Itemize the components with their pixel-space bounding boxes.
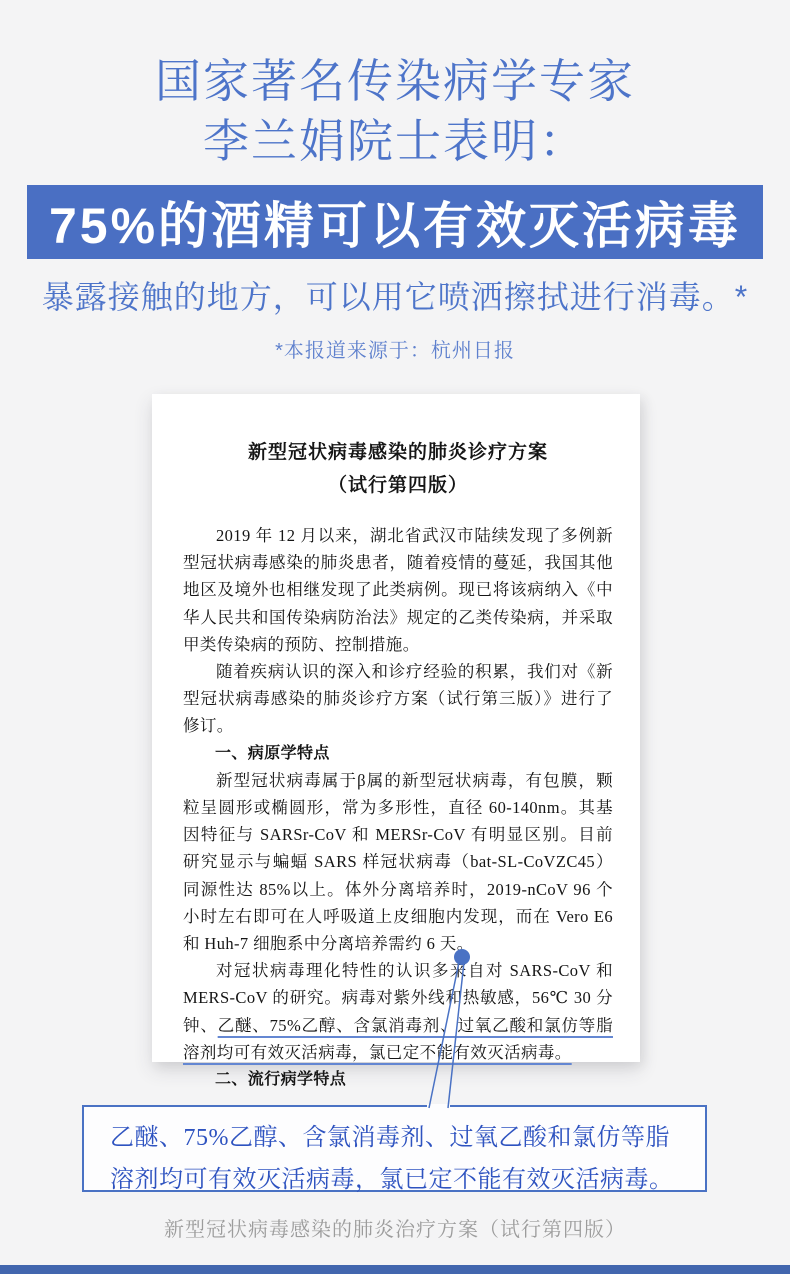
subtitle-text: 暴露接触的地方，可以用它喷洒擦拭进行消毒。*: [0, 276, 790, 318]
headline-line2: 李兰娟院士表明：: [0, 112, 790, 170]
document-body: 2019 年 12 月以来，湖北省武汉市陆续发现了多例新型冠状病毒感染的肺炎患者…: [183, 522, 613, 1093]
document-title-line2: （试行第四版）: [183, 469, 613, 502]
document-paragraph-3: 新型冠状病毒属于β属的新型冠状病毒，有包膜，颗粒呈圆形或椭圆形，常为多形性，直径…: [183, 767, 613, 957]
callout-text: 乙醚、75%乙醇、含氯消毒剂、过氧乙酸和氯仿等脂溶剂均可有效灭活病毒，氯已定不能…: [84, 1107, 705, 1201]
document-title: 新型冠状病毒感染的肺炎诊疗方案 （试行第四版）: [183, 436, 613, 502]
headline-line1: 国家著名传染病学专家: [0, 52, 790, 110]
paragraph-4-underlined-text: 乙醚、75%乙醇、含氯消毒剂、过氧乙酸和氯仿等脂溶剂均可有效灭活病毒，氯已定不能…: [183, 1016, 613, 1062]
source-note: *本报道来源于：杭州日报: [0, 334, 790, 363]
document-page: 新型冠状病毒感染的肺炎诊疗方案 （试行第四版） 2019 年 12 月以来，湖北…: [152, 394, 640, 1062]
promo-page: 国家著名传染病学专家 李兰娟院士表明： 75%的酒精可以有效灭活病毒 暴露接触的…: [0, 0, 790, 1274]
document-heading-1: 一、病原学特点: [183, 740, 613, 767]
document-heading-2: 二、流行病学特点: [183, 1066, 613, 1093]
banner-text: 75%的酒精可以有效灭活病毒: [49, 186, 741, 258]
document-title-line1: 新型冠状病毒感染的肺炎诊疗方案: [183, 436, 613, 469]
bottom-accent-bar: [0, 1265, 790, 1274]
highlight-banner: 75%的酒精可以有效灭活病毒: [27, 185, 763, 259]
footer-caption: 新型冠状病毒感染的肺炎治疗方案（试行第四版）: [0, 1213, 790, 1242]
document-paragraph-4: 对冠状病毒理化特性的认识多来自对 SARS-CoV 和 MERS-CoV 的研究…: [183, 957, 613, 1066]
document-paragraph-1: 2019 年 12 月以来，湖北省武汉市陆续发现了多例新型冠状病毒感染的肺炎患者…: [183, 522, 613, 658]
document-paragraph-2: 随着疾病认识的深入和诊疗经验的积累，我们对《新型冠状病毒感染的肺炎诊疗方案（试行…: [183, 658, 613, 740]
callout-box: 乙醚、75%乙醇、含氯消毒剂、过氧乙酸和氯仿等脂溶剂均可有效灭活病毒，氯已定不能…: [82, 1105, 707, 1192]
